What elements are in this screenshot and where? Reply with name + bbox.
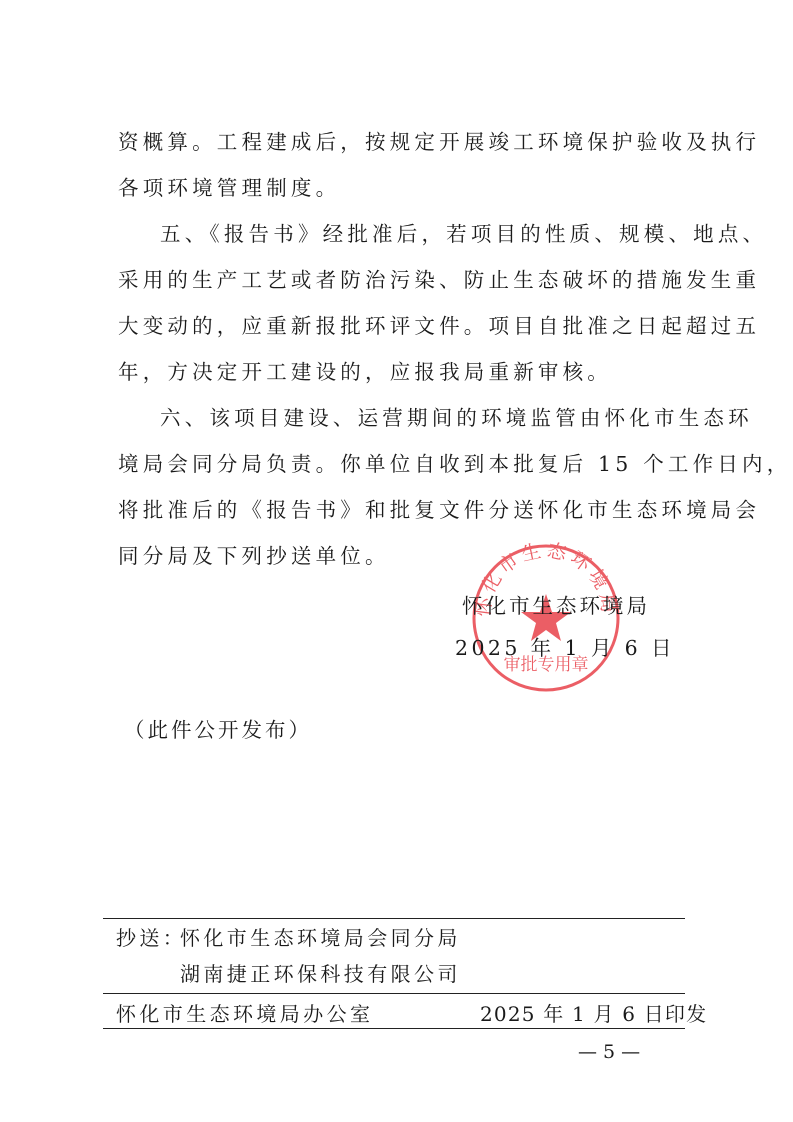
divider-line bbox=[103, 1028, 685, 1029]
paragraph-line: 五、《报告书》经批准后，若项目的性质、规模、地点、 bbox=[160, 220, 767, 248]
issue-date: 2025 年 1 月 6 日 bbox=[455, 634, 675, 662]
cc-recipient: 怀化市生态环境局会同分局 bbox=[180, 924, 461, 952]
cc-recipient: 湖南捷正环保科技有限公司 bbox=[180, 960, 461, 988]
print-date: 2025 年 1 月 6 日印发 bbox=[480, 1000, 707, 1028]
paragraph-line: 将批准后的《报告书》和批复文件分送怀化市生态环境局会 bbox=[118, 496, 760, 524]
paragraph-line: 境局会同分局负责。你单位自收到本批复后 15 个工作日内， bbox=[118, 450, 791, 478]
paragraph-line: 采用的生产工艺或者防治污染、防止生态破坏的措施发生重 bbox=[118, 266, 760, 294]
issuing-office: 怀化市生态环境局办公室 bbox=[116, 1000, 373, 1028]
paragraph-line: 大变动的，应重新报批环评文件。项目自批准之日起超过五 bbox=[118, 312, 760, 340]
issuer-name: 怀化市生态环境局 bbox=[462, 592, 650, 620]
paragraph-line: 各项环境管理制度。 bbox=[118, 174, 340, 202]
paragraph-line: 年，方决定开工建设的，应报我局重新审核。 bbox=[118, 358, 612, 386]
paragraph-line: 六、该项目建设、运营期间的环境监管由怀化市生态环 bbox=[160, 404, 753, 432]
paragraph-line: 资概算。工程建成后，按规定开展竣工环境保护验收及执行 bbox=[118, 128, 760, 156]
public-notice: （此件公开发布） bbox=[124, 716, 312, 744]
page-number: — 5 — bbox=[578, 1041, 640, 1063]
paragraph-line: 同分局及下列抄送单位。 bbox=[118, 542, 390, 570]
cc-label: 抄送： bbox=[116, 924, 186, 952]
divider-line bbox=[103, 993, 685, 994]
divider-line bbox=[103, 918, 685, 919]
